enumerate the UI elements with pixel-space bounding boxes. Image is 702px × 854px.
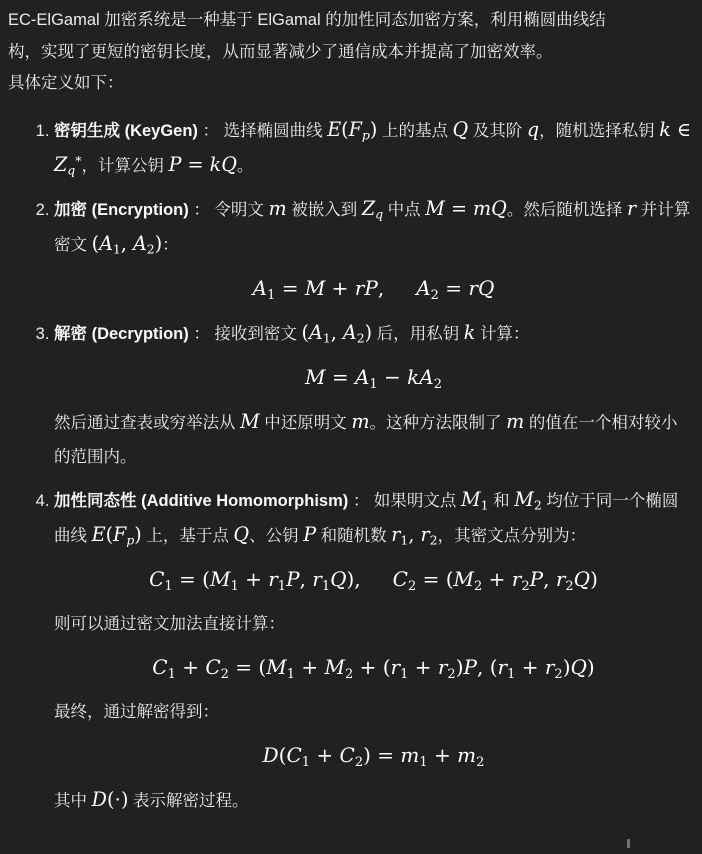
math-variable: Q	[574, 567, 590, 591]
display-formula: C1 = (M1 + r1P, r1Q),C2 = (M2 + r2P, r2Q…	[54, 564, 693, 594]
math-subscript: 1	[302, 754, 310, 769]
math-variable: m	[400, 743, 419, 767]
math-subscript: 1	[278, 578, 286, 593]
math-operator: =	[275, 276, 304, 300]
text-run: ，计算公钥	[81, 157, 168, 175]
text-run: ： 选择椭圆曲线	[198, 122, 327, 140]
inline-math: Q	[453, 118, 469, 141]
inline-math: m	[351, 410, 369, 433]
math-subscript: p	[362, 127, 370, 142]
math-operator: −	[378, 365, 407, 389]
math-subscript: 1	[230, 578, 238, 593]
math-variable: r	[545, 655, 555, 679]
math-variable: A	[343, 321, 357, 344]
item-body: 解密 (Decryption) ： 接收到密文 (A1, A2) 后，用私钥 k…	[54, 316, 693, 351]
math-operator: +	[295, 655, 324, 679]
definition-list: 密钥生成 (KeyGen) ： 选择椭圆曲线 E(Fp) 上的基点 Q 及其阶 …	[8, 113, 693, 818]
item-paragraph: 则可以通过密文加法直接计算：	[54, 607, 693, 641]
math-variable: M	[425, 197, 445, 220]
math-variable: M	[305, 365, 325, 389]
inline-math: r	[627, 197, 636, 220]
inline-math: (A1, A2)	[302, 321, 373, 344]
math-variable: Q	[453, 118, 469, 141]
text-run: 其中	[54, 792, 92, 810]
math-variable: Q	[330, 567, 346, 591]
math-variable: M	[324, 655, 344, 679]
math-variable: A	[133, 232, 147, 255]
inline-math: M2	[514, 488, 542, 511]
equation: C1 + C2 = (M1 + M2 + (r1 + r2)P, (r1 + r…	[152, 655, 594, 679]
item-title: 加性同态性 (Additive Homomorphism)	[54, 492, 348, 510]
math-variable: m	[457, 743, 476, 767]
display-formula: D(C1 + C2) = m1 + m2	[54, 740, 693, 770]
math-variable: M	[461, 488, 481, 511]
math-variable: F	[349, 118, 362, 141]
math-operator: ,	[331, 321, 343, 344]
math-operator: =	[445, 197, 473, 220]
inline-math: m	[506, 410, 524, 433]
math-subscript: 1	[113, 241, 121, 256]
math-variable: M	[240, 410, 260, 433]
math-operator: +	[310, 743, 339, 767]
math-variable: rQ	[468, 276, 494, 300]
math-variable: r	[512, 567, 522, 591]
math-operator: =	[439, 276, 468, 300]
inline-math: m	[269, 197, 287, 220]
display-formula: M = A1 − kA2	[54, 362, 693, 392]
math-operator: )	[456, 655, 464, 679]
definition-item: 加性同态性 (Additive Homomorphism) ： 如果明文点 M1…	[54, 483, 693, 818]
text-run: 后，用私钥	[372, 325, 464, 343]
math-variable: r	[391, 655, 401, 679]
math-variable: A	[309, 321, 323, 344]
math-variable: M	[210, 567, 230, 591]
text-run: 最终，通过解密得到：	[54, 703, 219, 721]
math-operator: + (	[353, 655, 390, 679]
math-subscript: 2	[476, 754, 484, 769]
math-variable: D	[92, 788, 107, 811]
math-subscript: 2	[357, 330, 365, 345]
intro-subtitle: 具体定义如下：	[8, 68, 693, 100]
math-variable: C	[149, 567, 164, 591]
math-subscript: 1	[481, 497, 489, 512]
math-operator: =	[181, 153, 209, 176]
math-operator: )	[590, 567, 598, 591]
math-variable: M	[514, 488, 534, 511]
intro-paragraph: EC-ElGamal 加密系统是一种基于 ElGamal 的加性同态加密方案，利…	[8, 5, 693, 68]
math-variable: P	[464, 655, 477, 679]
math-variable: rP	[355, 276, 378, 300]
inline-math: r1, r2	[391, 523, 437, 546]
document: EC-ElGamal 加密系统是一种基于 ElGamal 的加性同态加密方案，利…	[0, 0, 702, 818]
item-title: 解密 (Decryption)	[54, 325, 189, 343]
text-run: 上，基于点	[142, 527, 234, 545]
inline-math: (A1, A2)	[92, 232, 163, 255]
math-variable: E	[92, 523, 106, 546]
math-variable: r	[268, 567, 278, 591]
intro-line: 构，实现了更短的密钥长度，从而显著减少了通信成本并提高了加密效率。	[8, 37, 693, 69]
text-run: 及其阶	[468, 122, 527, 140]
equation: C2 = (M2 + r2P, r2Q)	[393, 567, 598, 591]
item-paragraph: 其中 D(⋅) 表示解密过程。	[54, 783, 693, 818]
math-variable: Q	[233, 523, 249, 546]
math-subscript: 2	[447, 666, 455, 681]
text-run: 和随机数	[316, 527, 391, 545]
text-run: 计算：	[475, 325, 529, 343]
math-variable: C	[340, 743, 355, 767]
math-variable: m	[506, 410, 524, 433]
inline-math: E(Fp)	[327, 118, 377, 141]
math-operator: ∈	[671, 118, 691, 141]
item-title: 加密 (Encryption)	[54, 201, 189, 219]
math-variable: F	[113, 523, 126, 546]
math-operator: +	[239, 567, 268, 591]
math-variable: r	[312, 567, 322, 591]
math-operator: , (	[477, 655, 498, 679]
math-subscript: 2	[345, 666, 353, 681]
text-run: ：	[162, 236, 179, 254]
math-operator: )	[587, 655, 595, 679]
equation: M = A1 − kA2	[305, 365, 442, 389]
math-variable: k	[464, 321, 476, 344]
math-variable: E	[327, 118, 341, 141]
math-variable: C	[286, 743, 301, 767]
math-variable: k	[659, 118, 671, 141]
math-operator: (	[106, 523, 113, 546]
equation: C1 = (M1 + r1P, r1Q),	[149, 567, 361, 591]
text-cursor-artifact	[627, 839, 630, 848]
math-variable: kQ	[210, 153, 237, 176]
math-variable: A	[416, 276, 430, 300]
math-variable: q	[527, 118, 539, 141]
math-operator: = (	[416, 567, 453, 591]
item-paragraph: 然后通过查表或穷举法从 M 中还原明文 m。这种方法限制了 m 的值在一个相对较…	[54, 405, 693, 474]
text-run: ： 令明文	[189, 201, 269, 219]
inline-math: Zq	[362, 197, 383, 220]
math-operator: (	[92, 232, 99, 255]
math-variable: Z	[54, 153, 67, 176]
inline-math: M1	[461, 488, 489, 511]
math-subscript: 2	[521, 578, 529, 593]
math-subscript: 2	[431, 287, 439, 302]
text-run: ： 如果明文点	[348, 492, 461, 510]
math-operator: ),	[347, 567, 361, 591]
item-title: 密钥生成 (KeyGen)	[54, 122, 198, 140]
math-subscript: 2	[554, 666, 562, 681]
math-variable: Q	[571, 655, 587, 679]
inline-math: D(⋅)	[92, 788, 129, 811]
text-run: 表示解密过程。	[128, 792, 248, 810]
text-run: 和	[489, 492, 515, 510]
math-operator: = (	[229, 655, 266, 679]
math-operator: ,	[408, 523, 420, 546]
math-variable: M	[266, 655, 286, 679]
text-run: ： 接收到密文	[189, 325, 302, 343]
item-paragraph: 最终，通过解密得到：	[54, 695, 693, 729]
math-operator: ,	[543, 567, 556, 591]
item-body: 加性同态性 (Additive Homomorphism) ： 如果明文点 M1…	[54, 483, 693, 553]
math-operator: +	[515, 655, 544, 679]
math-variable: r	[627, 197, 636, 220]
math-subscript: 2	[534, 497, 542, 512]
math-subscript: 1	[287, 666, 295, 681]
math-variable: P	[286, 567, 299, 591]
math-variable: C	[393, 567, 408, 591]
inline-math: Q	[233, 523, 249, 546]
math-variable: m	[351, 410, 369, 433]
math-variable: Z	[362, 197, 375, 220]
math-operator: = (	[173, 567, 210, 591]
math-subscript: 1	[168, 666, 176, 681]
math-operator: =	[325, 365, 354, 389]
math-variable: D	[263, 743, 279, 767]
math-subscript: 2	[434, 376, 442, 391]
math-variable: A	[355, 365, 369, 389]
text-run: ，其密文点分别为：	[438, 527, 587, 545]
definition-item: 解密 (Decryption) ： 接收到密文 (A1, A2) 后，用私钥 k…	[54, 316, 693, 474]
math-subscript: q	[375, 206, 383, 221]
math-variable: kA	[407, 365, 434, 389]
inline-math: P	[303, 523, 316, 546]
math-variable: r	[438, 655, 448, 679]
math-variable: C	[152, 655, 167, 679]
math-variable: P	[530, 567, 543, 591]
math-operator: +	[176, 655, 205, 679]
math-operator: (⋅)	[107, 788, 128, 811]
inline-math: k	[464, 321, 476, 344]
math-subscript: 1	[419, 754, 427, 769]
display-formula: C1 + C2 = (M1 + M2 + (r1 + r2)P, (r1 + r…	[54, 652, 693, 682]
math-subscript: 2	[565, 578, 573, 593]
math-variable: C	[205, 655, 220, 679]
math-operator: ,	[121, 232, 133, 255]
item-body: 密钥生成 (KeyGen) ： 选择椭圆曲线 E(Fp) 上的基点 Q 及其阶 …	[54, 113, 693, 183]
math-subscript: 2	[430, 532, 438, 547]
text-run: 然后通过查表或穷举法从	[54, 414, 240, 432]
math-variable: M	[305, 276, 325, 300]
intro-line: EC-ElGamal 加密系统是一种基于 ElGamal 的加性同态加密方案，利…	[8, 5, 693, 37]
math-variable: P	[303, 523, 316, 546]
item-body: 加密 (Encryption) ： 令明文 m 被嵌入到 Zq 中点 M = m…	[54, 192, 693, 262]
math-operator: +	[408, 655, 437, 679]
equation: D(C1 + C2) = m1 + m2	[263, 743, 485, 767]
math-operator: )	[365, 321, 372, 344]
text-run: 上的基点	[377, 122, 452, 140]
text-run: ，随机选择私钥	[539, 122, 659, 140]
definition-item: 加密 (Encryption) ： 令明文 m 被嵌入到 Zq 中点 M = m…	[54, 192, 693, 303]
text-run: 。	[237, 157, 254, 175]
text-run: 中还原明文	[260, 414, 352, 432]
math-operator: (	[341, 118, 348, 141]
math-operator: ) =	[363, 743, 400, 767]
text-run: 被嵌入到	[287, 201, 362, 219]
math-operator: ,	[300, 567, 313, 591]
math-variable: M	[454, 567, 474, 591]
math-variable: P	[169, 153, 182, 176]
inline-math: M	[240, 410, 260, 433]
math-variable: mQ	[473, 197, 507, 220]
text-run: 、公钥	[249, 527, 303, 545]
math-subscript: 1	[322, 578, 330, 593]
text-run: 。然后随机选择	[507, 201, 627, 219]
math-operator: +	[325, 276, 354, 300]
math-operator: +	[428, 743, 457, 767]
math-variable: r	[421, 523, 430, 546]
math-variable: A	[253, 276, 267, 300]
text-run: 。这种方法限制了	[370, 414, 507, 432]
math-subscript: 1	[323, 330, 331, 345]
math-subscript: 1	[369, 376, 377, 391]
math-variable: m	[269, 197, 287, 220]
math-operator: ,	[378, 276, 384, 300]
inline-math: q	[527, 118, 539, 141]
math-subscript: 1	[164, 578, 172, 593]
math-operator: )	[134, 523, 141, 546]
equation: A1 = M + rP,	[253, 276, 385, 300]
inline-math: M = mQ	[425, 197, 507, 220]
math-variable: r	[556, 567, 566, 591]
math-subscript: 2	[221, 666, 229, 681]
equation: A2 = rQ	[416, 276, 494, 300]
math-subscript: 2	[355, 754, 363, 769]
math-variable: r	[498, 655, 508, 679]
text-run: 中点	[383, 201, 425, 219]
text-run: 则可以通过密文加法直接计算：	[54, 615, 285, 633]
inline-math: P = kQ	[169, 153, 237, 176]
math-variable: A	[99, 232, 113, 255]
definition-item: 密钥生成 (KeyGen) ： 选择椭圆曲线 E(Fp) 上的基点 Q 及其阶 …	[54, 113, 693, 183]
math-operator: +	[482, 567, 511, 591]
math-operator: )	[563, 655, 571, 679]
display-formula: A1 = M + rP,A2 = rQ	[54, 273, 693, 303]
inline-math: E(Fp)	[92, 523, 142, 546]
math-subscript: 2	[147, 241, 155, 256]
math-operator: (	[302, 321, 309, 344]
